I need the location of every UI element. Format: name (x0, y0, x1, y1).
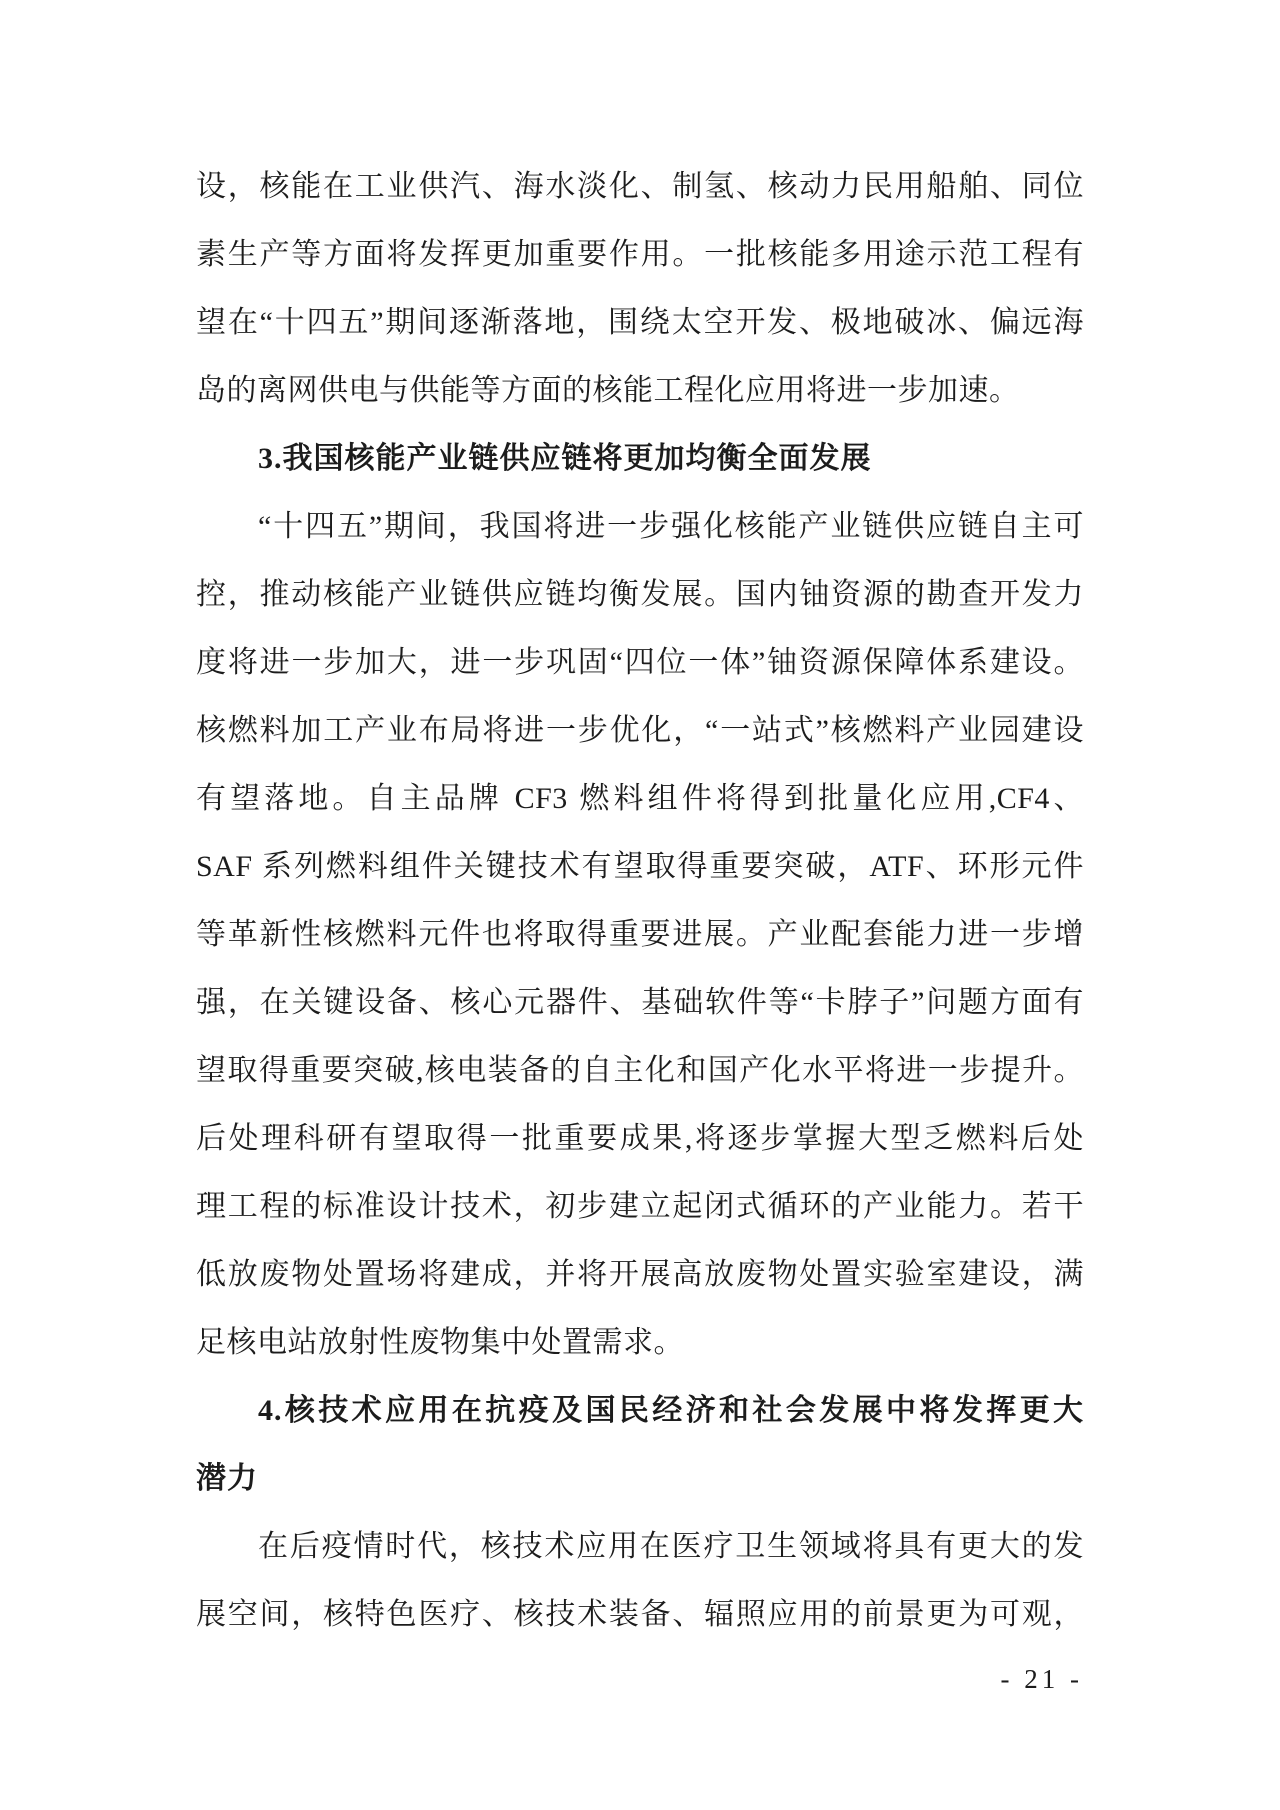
body-text-line: 后处理科研有望取得一批重要成果,将逐步掌握大型乏燃料后处 (196, 1105, 1084, 1173)
body-text-line: 岛的离网供电与供能等方面的核能工程化应用将进一步加速。 (196, 357, 1084, 425)
page-number: - 21 - (1001, 1664, 1083, 1695)
body-text-line: 在后疫情时代，核技术应用在医疗卫生领域将具有更大的发 (196, 1513, 1084, 1581)
body-text-line: 展空间，核特色医疗、核技术装备、辐照应用的前景更为可观， (196, 1581, 1084, 1649)
body-text-line: 低放废物处置场将建成，并将开展高放废物处置实验室建设，满 (196, 1241, 1084, 1309)
body-text-line: 强，在关键设备、核心元器件、基础软件等“卡脖子”问题方面有 (196, 969, 1084, 1037)
body-text-line: 望取得重要突破,核电装备的自主化和国产化水平将进一步提升。 (196, 1037, 1084, 1105)
body-text-line: 等革新性核燃料元件也将取得重要进展。产业配套能力进一步增 (196, 901, 1084, 969)
document-page: 设，核能在工业供汽、海水淡化、制氢、核动力民用船舶、同位素生产等方面将发挥更加重… (0, 0, 1280, 1810)
heading-line: 潜力 (196, 1445, 1084, 1513)
body-text-line: 设，核能在工业供汽、海水淡化、制氢、核动力民用船舶、同位 (196, 153, 1084, 221)
body-text-line: 有望落地。自主品牌 CF3 燃料组件将得到批量化应用,CF4、STEP、 (196, 765, 1084, 833)
body-text-line: 素生产等方面将发挥更加重要作用。一批核能多用途示范工程有 (196, 221, 1084, 289)
body-text-line: 度将进一步加大，进一步巩固“四位一体”铀资源保障体系建设。 (196, 629, 1084, 697)
heading-line: 3.我国核能产业链供应链将更加均衡全面发展 (196, 425, 1084, 493)
heading-line: 4.核技术应用在抗疫及国民经济和社会发展中将发挥更大 (196, 1377, 1084, 1445)
document-body: 设，核能在工业供汽、海水淡化、制氢、核动力民用船舶、同位素生产等方面将发挥更加重… (196, 153, 1084, 1649)
body-text-line: 核燃料加工产业布局将进一步优化，“一站式”核燃料产业园建设 (196, 697, 1084, 765)
body-text-line: 足核电站放射性废物集中处置需求。 (196, 1309, 1084, 1377)
body-text-line: “十四五”期间，我国将进一步强化核能产业链供应链自主可 (196, 493, 1084, 561)
body-text-line: 望在“十四五”期间逐渐落地，围绕太空开发、极地破冰、偏远海 (196, 289, 1084, 357)
body-text-line: SAF 系列燃料组件关键技术有望取得重要突破，ATF、环形元件 (196, 833, 1084, 901)
body-text-line: 理工程的标准设计技术，初步建立起闭式循环的产业能力。若干 (196, 1173, 1084, 1241)
body-text-line: 控，推动核能产业链供应链均衡发展。国内铀资源的勘查开发力 (196, 561, 1084, 629)
